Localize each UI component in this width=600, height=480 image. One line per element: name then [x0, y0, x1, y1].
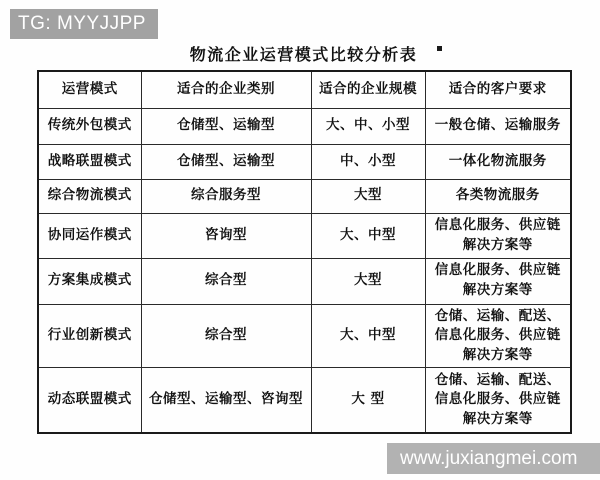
cell-enterprise-scale: 中、小型 — [311, 144, 425, 179]
column-header-mode: 运营模式 — [38, 71, 141, 108]
page: TG: MYYJJPP 物流企业运营模式比较分析表 运营模式 适合的企业类别 适… — [0, 0, 600, 480]
cell-mode: 传统外包模式 — [38, 108, 141, 144]
column-header-customer-requirement: 适合的客户要求 — [425, 71, 571, 108]
cell-enterprise-type: 仓储型、运输型 — [141, 108, 311, 144]
column-header-enterprise-type: 适合的企业类别 — [141, 71, 311, 108]
cell-enterprise-scale: 大 型 — [311, 368, 425, 433]
table-row: 综合物流模式 综合服务型 大型 各类物流服务 — [38, 179, 571, 213]
table-row: 协同运作模式 咨询型 大、中型 信息化服务、供应链解决方案等 — [38, 213, 571, 258]
page-title: 物流企业运营模式比较分析表 — [190, 45, 418, 64]
cell-enterprise-scale: 大型 — [311, 179, 425, 213]
cell-enterprise-scale: 大、中型 — [311, 213, 425, 258]
cell-mode: 行业创新模式 — [38, 304, 141, 368]
comparison-table: 运营模式 适合的企业类别 适合的企业规模 适合的客户要求 传统外包模式 仓储型、… — [37, 70, 572, 434]
table-row: 传统外包模式 仓储型、运输型 大、中、小型 一般仓储、运输服务 — [38, 108, 571, 144]
cell-mode: 协同运作模式 — [38, 213, 141, 258]
cell-mode: 综合物流模式 — [38, 179, 141, 213]
title-row: 物流企业运营模式比较分析表 — [37, 42, 570, 65]
cell-enterprise-scale: 大型 — [311, 258, 425, 304]
footnote-dot — [437, 46, 442, 51]
cell-enterprise-scale: 大、中型 — [311, 304, 425, 368]
table-header: 运营模式 适合的企业类别 适合的企业规模 适合的客户要求 — [38, 71, 571, 108]
cell-enterprise-type: 综合服务型 — [141, 179, 311, 213]
cell-customer-requirement: 一体化物流服务 — [425, 144, 571, 179]
cell-mode: 战略联盟模式 — [38, 144, 141, 179]
cell-customer-requirement: 各类物流服务 — [425, 179, 571, 213]
header-row: 运营模式 适合的企业类别 适合的企业规模 适合的客户要求 — [38, 71, 571, 108]
cell-enterprise-scale: 大、中、小型 — [311, 108, 425, 144]
cell-customer-requirement: 一般仓储、运输服务 — [425, 108, 571, 144]
cell-enterprise-type: 综合型 — [141, 304, 311, 368]
cell-enterprise-type: 咨询型 — [141, 213, 311, 258]
cell-enterprise-type: 综合型 — [141, 258, 311, 304]
cell-enterprise-type: 仓储型、运输型、咨询型 — [141, 368, 311, 433]
cell-customer-requirement: 信息化服务、供应链解决方案等 — [425, 213, 571, 258]
cell-customer-requirement: 仓储、运输、配送、信息化服务、供应链解决方案等 — [425, 368, 571, 433]
tg-watermark-badge: TG: MYYJJPP — [10, 9, 158, 39]
column-header-enterprise-scale: 适合的企业规模 — [311, 71, 425, 108]
cell-customer-requirement: 仓储、运输、配送、信息化服务、供应链解决方案等 — [425, 304, 571, 368]
table-row: 方案集成模式 综合型 大型 信息化服务、供应链解决方案等 — [38, 258, 571, 304]
table-row: 动态联盟模式 仓储型、运输型、咨询型 大 型 仓储、运输、配送、信息化服务、供应… — [38, 368, 571, 433]
table-row: 战略联盟模式 仓储型、运输型 中、小型 一体化物流服务 — [38, 144, 571, 179]
cell-mode: 动态联盟模式 — [38, 368, 141, 433]
table-row: 行业创新模式 综合型 大、中型 仓储、运输、配送、信息化服务、供应链解决方案等 — [38, 304, 571, 368]
cell-enterprise-type: 仓储型、运输型 — [141, 144, 311, 179]
cell-mode: 方案集成模式 — [38, 258, 141, 304]
table-body: 传统外包模式 仓储型、运输型 大、中、小型 一般仓储、运输服务 战略联盟模式 仓… — [38, 108, 571, 433]
cell-customer-requirement: 信息化服务、供应链解决方案等 — [425, 258, 571, 304]
site-watermark: www.juxiangmei.com — [387, 443, 600, 474]
